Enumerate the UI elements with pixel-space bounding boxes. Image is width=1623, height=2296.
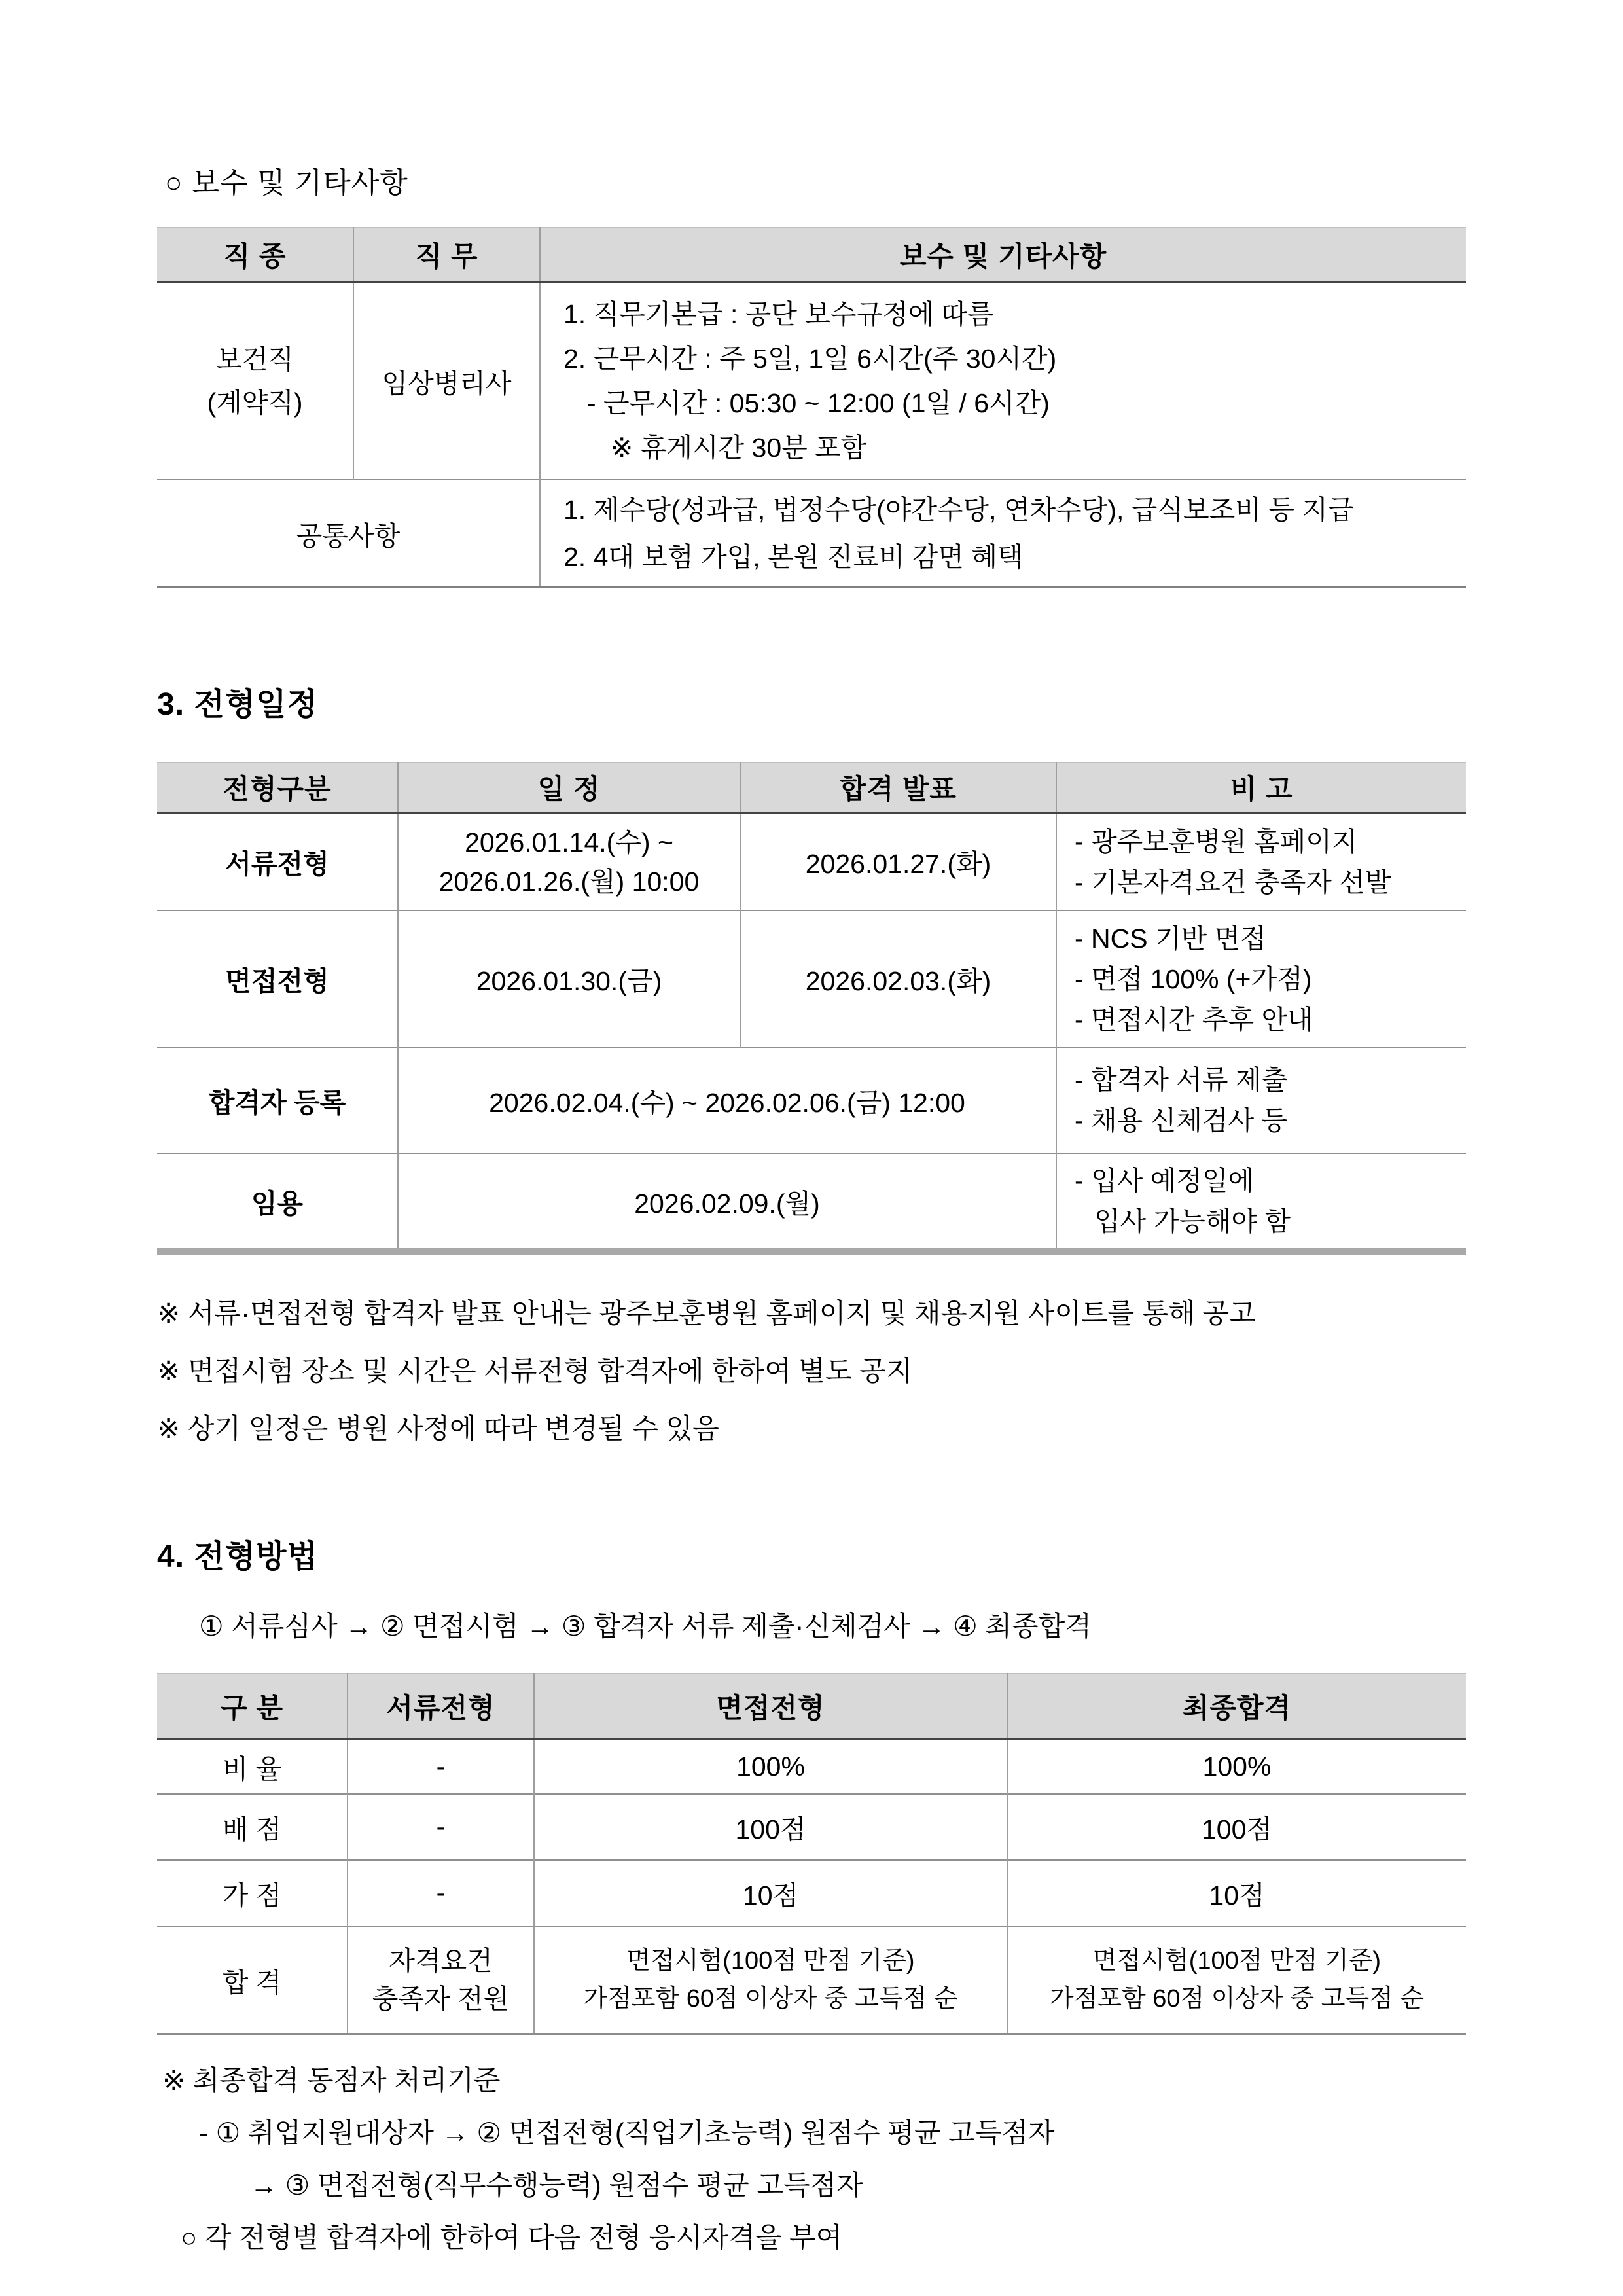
schedule-table: 전형구분 일 정 합격 발표 비 고 서류전형 2026.01.14.(수) ~… xyxy=(157,762,1466,1255)
compensation-row-health: 보건직 (계약직) 임상병리사 1. 직무기본급 : 공단 보수규정에 따름 2… xyxy=(157,282,1466,480)
compensation-header-row: 직 종 직 무 보수 및 기타사항 xyxy=(157,228,1466,282)
interview-value: 100점 xyxy=(534,1794,1007,1860)
remark-line: 입사 가능해야 함 xyxy=(1058,1201,1465,1242)
stage-label: 서류전형 xyxy=(157,813,398,911)
doc-value: - xyxy=(348,1739,534,1795)
period-cell: 2026.02.09.(월) xyxy=(398,1153,1056,1251)
date-line: 2026.01.26.(월) 10:00 xyxy=(399,862,739,901)
job-category-line: 보건직 xyxy=(158,338,352,381)
detail-line: 2. 근무시간 : 주 5일, 1일 6시간(주 30시간) xyxy=(541,336,1465,381)
schedule-row-register: 합격자 등록 2026.02.04.(수) ~ 2026.02.06.(금) 1… xyxy=(157,1047,1466,1153)
footnote-line: ※ 서류·면접전형 합격자 발표 안내는 광주보훈병원 홈페이지 및 채용지원 … xyxy=(157,1285,1466,1342)
remark-line: - 입사 예정일에 xyxy=(1058,1160,1465,1201)
schedule-heading: 3. 전형일정 xyxy=(157,679,1466,724)
tiebreak-rule-line: → ③ 면접전형(직무수행능력) 원점수 평균 고득점자 xyxy=(157,2159,1466,2212)
method-row-bonus: 가 점 - 10점 10점 xyxy=(157,1860,1466,1926)
criteria-line: 가점포함 60점 이상자 중 고득점 순 xyxy=(535,1980,1006,2018)
col-header-final: 최종합격 xyxy=(1007,1674,1466,1739)
remark-line: - NCS 기반 면접 xyxy=(1058,918,1465,959)
row-label: 배 점 xyxy=(157,1794,348,1860)
row-label: 합 격 xyxy=(157,1926,348,2034)
document-page: ○ 보수 및 기타사항 직 종 직 무 보수 및 기타사항 보건직 (계약직) … xyxy=(0,0,1623,2296)
job-category-line: (계약직) xyxy=(158,381,352,424)
footnote-line: ※ 상기 일정은 병원 사정에 따라 변경될 수 있음 xyxy=(157,1400,1466,1458)
remark-line: - 면접시간 추후 안내 xyxy=(1058,999,1465,1040)
announce-cell: 2026.01.27.(화) xyxy=(740,813,1056,911)
remarks-cell: - 광주보훈병원 홈페이지 - 기본자격요건 충족자 선발 xyxy=(1056,813,1466,911)
compensation-details-cell: 1. 직무기본급 : 공단 보수규정에 따름 2. 근무시간 : 주 5일, 1… xyxy=(540,282,1466,480)
doc-criteria-cell: 자격요건 충족자 전원 xyxy=(348,1926,534,2034)
final-value: 100점 xyxy=(1007,1794,1466,1860)
row-label: 비 율 xyxy=(157,1739,348,1795)
remarks-cell: - NCS 기반 면접 - 면접 100% (+가점) - 면접시간 추후 안내 xyxy=(1056,910,1466,1047)
tiebreak-rule-line: - ① 취업지원대상자 → ② 면접전형(직업기초능력) 원점수 평균 고득점자 xyxy=(157,2107,1466,2159)
detail-line: ※ 휴게시간 30분 포함 xyxy=(541,425,1465,470)
interview-value: 10점 xyxy=(534,1860,1007,1926)
detail-line: 1. 직무기본급 : 공단 보수규정에 따름 xyxy=(541,292,1465,336)
col-header-compensation: 보수 및 기타사항 xyxy=(540,228,1466,282)
remark-line: - 합격자 서류 제출 xyxy=(1058,1060,1465,1100)
remark-line: - 기본자격요건 충족자 선발 xyxy=(1058,862,1465,903)
final-value: 100% xyxy=(1007,1739,1466,1795)
final-value: 10점 xyxy=(1007,1860,1466,1926)
remark-line: - 채용 신체검사 등 xyxy=(1058,1100,1465,1141)
compensation-table: 직 종 직 무 보수 및 기타사항 보건직 (계약직) 임상병리사 1. 직무기… xyxy=(157,227,1466,588)
criteria-line: 가점포함 60점 이상자 중 고득점 순 xyxy=(1008,1980,1465,2018)
interview-value: 100% xyxy=(534,1739,1007,1795)
detail-line: 2. 4대 보험 가입, 본원 진료비 감면 혜택 xyxy=(541,533,1465,581)
final-criteria-cell: 면접시험(100점 만점 기준) 가점포함 60점 이상자 중 고득점 순 xyxy=(1007,1926,1466,2034)
criteria-line: 면접시험(100점 만점 기준) xyxy=(535,1942,1006,1980)
stage-label: 합격자 등록 xyxy=(157,1047,398,1153)
job-title-cell: 임상병리사 xyxy=(353,282,540,480)
stage-date-cell: 2026.01.14.(수) ~ 2026.01.26.(월) 10:00 xyxy=(398,813,740,911)
col-header-stage: 전형구분 xyxy=(157,762,398,813)
method-flow-line: ① 서류심사 → ② 면접시험 → ③ 합격자 서류 제출·신체검사 → ④ 최… xyxy=(157,1605,1466,1644)
schedule-header-row: 전형구분 일 정 합격 발표 비 고 xyxy=(157,762,1466,813)
method-header-row: 구 분 서류전형 면접전형 최종합격 xyxy=(157,1674,1466,1739)
stage-label: 면접전형 xyxy=(157,910,398,1047)
interview-criteria-cell: 면접시험(100점 만점 기준) 가점포함 60점 이상자 중 고득점 순 xyxy=(534,1926,1007,2034)
detail-line: - 근무시간 : 05:30 ~ 12:00 (1일 / 6시간) xyxy=(541,381,1465,425)
col-header-interview-stage: 면접전형 xyxy=(534,1674,1007,1739)
announce-cell: 2026.02.03.(화) xyxy=(740,910,1056,1047)
job-category-cell: 보건직 (계약직) xyxy=(157,282,353,480)
date-line: 2026.01.14.(수) ~ xyxy=(399,823,739,862)
method-row-pass: 합 격 자격요건 충족자 전원 면접시험(100점 만점 기준) 가점포함 60… xyxy=(157,1926,1466,2034)
remark-line: - 광주보훈병원 홈페이지 xyxy=(1058,821,1465,862)
col-header-date: 일 정 xyxy=(398,762,740,813)
col-header-remarks: 비 고 xyxy=(1056,762,1466,813)
method-heading: 4. 전형방법 xyxy=(157,1531,1466,1576)
remarks-cell: - 입사 예정일에 입사 가능해야 함 xyxy=(1056,1153,1466,1251)
schedule-row-appoint: 임용 2026.02.09.(월) - 입사 예정일에 입사 가능해야 함 xyxy=(157,1153,1466,1251)
col-header-job-category: 직 종 xyxy=(157,228,353,282)
method-row-points: 배 점 - 100점 100점 xyxy=(157,1794,1466,1860)
common-label-cell: 공통사항 xyxy=(157,480,540,588)
tiebreak-notes: ※ 최종합격 동점자 처리기준 - ① 취업지원대상자 → ② 면접전형(직업기… xyxy=(157,2054,1466,2264)
doc-value: - xyxy=(348,1860,534,1926)
remark-line: - 면접 100% (+가점) xyxy=(1058,959,1465,999)
col-header-category: 구 분 xyxy=(157,1674,348,1739)
method-row-ratio: 비 율 - 100% 100% xyxy=(157,1739,1466,1795)
remarks-cell: - 합격자 서류 제출 - 채용 신체검사 등 xyxy=(1056,1047,1466,1153)
period-cell: 2026.02.04.(수) ~ 2026.02.06.(금) 12:00 xyxy=(398,1047,1056,1153)
schedule-row-document: 서류전형 2026.01.14.(수) ~ 2026.01.26.(월) 10:… xyxy=(157,813,1466,911)
col-header-job-title: 직 무 xyxy=(353,228,540,282)
doc-value: - xyxy=(348,1794,534,1860)
stage-label: 임용 xyxy=(157,1153,398,1251)
compensation-row-common: 공통사항 1. 제수당(성과급, 법정수당(야간수당, 연차수당), 급식보조비… xyxy=(157,480,1466,588)
criteria-line: 충족자 전원 xyxy=(349,1980,533,2018)
row-label: 가 점 xyxy=(157,1860,348,1926)
document-content: ○ 보수 및 기타사항 직 종 직 무 보수 및 기타사항 보건직 (계약직) … xyxy=(157,0,1466,2264)
common-details-cell: 1. 제수당(성과급, 법정수당(야간수당, 연차수당), 급식보조비 등 지급… xyxy=(540,480,1466,588)
col-header-announce: 합격 발표 xyxy=(740,762,1056,813)
criteria-line: 자격요건 xyxy=(349,1942,533,1980)
detail-line: 1. 제수당(성과급, 법정수당(야간수당, 연차수당), 급식보조비 등 지급 xyxy=(541,486,1465,533)
criteria-line: 면접시험(100점 만점 기준) xyxy=(1008,1942,1465,1980)
schedule-row-interview: 면접전형 2026.01.30.(금) 2026.02.03.(화) - NCS… xyxy=(157,910,1466,1047)
schedule-footnotes: ※ 서류·면접전형 합격자 발표 안내는 광주보훈병원 홈페이지 및 채용지원 … xyxy=(157,1285,1466,1458)
col-header-doc-stage: 서류전형 xyxy=(348,1674,534,1739)
tiebreak-title: ※ 최종합격 동점자 처리기준 xyxy=(157,2054,1466,2107)
stage-date-cell: 2026.01.30.(금) xyxy=(398,910,740,1047)
footnote-line: ※ 면접시험 장소 및 시간은 서류전형 합격자에 한하여 별도 공지 xyxy=(157,1342,1466,1400)
method-table: 구 분 서류전형 면접전형 최종합격 비 율 - 100% 100% 배 점 -… xyxy=(157,1673,1466,2035)
compensation-heading: ○ 보수 및 기타사항 xyxy=(165,159,1466,201)
next-stage-note: ○ 각 전형별 합격자에 한하여 다음 전형 응시자격을 부여 xyxy=(157,2212,1466,2264)
